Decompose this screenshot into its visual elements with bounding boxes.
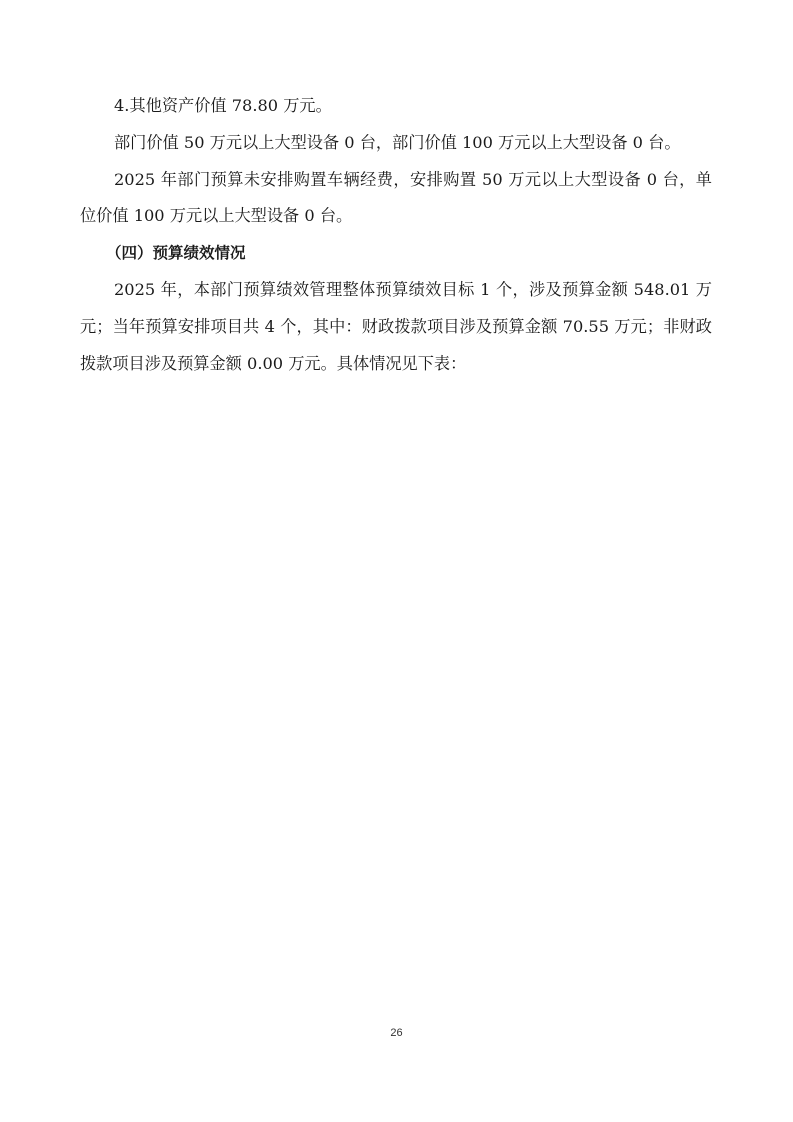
- paragraph-vehicle-purchase: 2025 年部门预算未安排购置车辆经费，安排购置 50 万元以上大型设备 0 台…: [80, 162, 712, 236]
- section-heading-performance: （四）预算绩效情况: [80, 235, 712, 272]
- page-number: 26: [0, 1027, 793, 1039]
- paragraph-large-equipment: 部门价值 50 万元以上大型设备 0 台，部门价值 100 万元以上大型设备 0…: [80, 125, 712, 162]
- page-body: 4.其他资产价值 78.80 万元。 部门价值 50 万元以上大型设备 0 台，…: [80, 88, 712, 382]
- document-page: 4.其他资产价值 78.80 万元。 部门价值 50 万元以上大型设备 0 台，…: [0, 0, 793, 1122]
- paragraph-performance-summary: 2025 年，本部门预算绩效管理整体预算绩效目标 1 个，涉及预算金额 548.…: [80, 272, 712, 382]
- paragraph-other-assets: 4.其他资产价值 78.80 万元。: [80, 88, 712, 125]
